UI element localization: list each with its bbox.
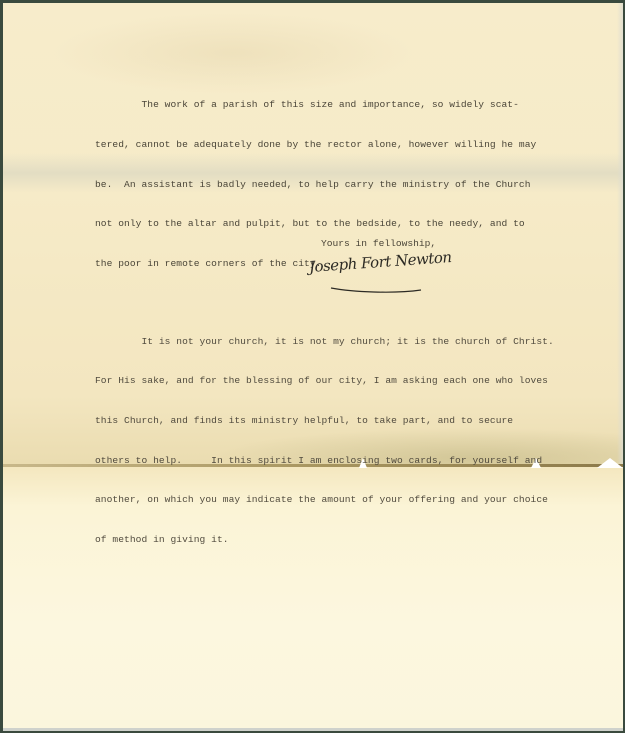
text-line: others to help. In this spirit I am encl… <box>95 454 623 467</box>
paragraph: It is not your church, it is not my chur… <box>95 308 623 572</box>
text-line: not only to the altar and pulpit, but to… <box>95 217 623 230</box>
letter-page: The work of a parish of this size and im… <box>3 3 623 731</box>
closing: Yours in fellowship, <box>321 238 436 249</box>
text-line: It is not your church, it is not my chur… <box>95 335 623 348</box>
text-line: of method in giving it. <box>95 533 623 546</box>
text-line: tered, cannot be adequately done by the … <box>95 138 623 151</box>
page-edge <box>3 728 623 731</box>
text-line: For His sake, and for the blessing of ou… <box>95 374 623 387</box>
letter-body: The work of a parish of this size and im… <box>95 72 623 585</box>
signature: Joseph Fort Newton <box>303 258 443 296</box>
text-line: another, on which you may indicate the a… <box>95 493 623 506</box>
text-line: The work of a parish of this size and im… <box>95 98 623 111</box>
text-line: be. An assistant is badly needed, to hel… <box>95 178 623 191</box>
text-line: this Church, and finds its ministry help… <box>95 414 623 427</box>
signature-flourish <box>303 258 443 296</box>
